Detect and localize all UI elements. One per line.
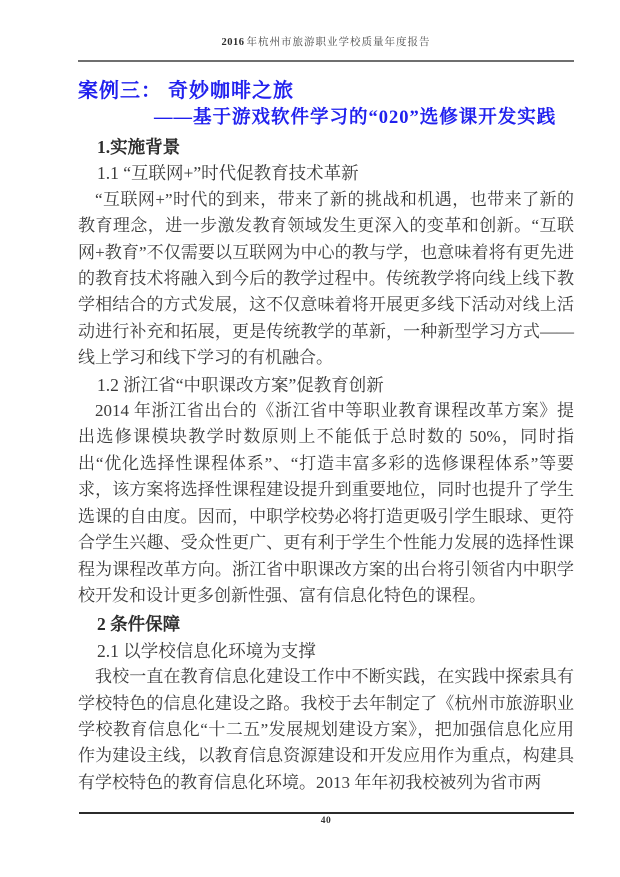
report-header-title: 年杭州市旅游职业学校质量年度报告 (247, 37, 431, 48)
report-header-year: 2016 (222, 37, 245, 48)
document-body: 案例三： 奇妙咖啡之旅 ——基于游戏软件学习的“020”选修课开发实践 1.实施… (78, 78, 574, 796)
section-heading-implementation-background: 1.实施背景 (78, 134, 574, 160)
subsection-heading-school-informatization: 2.1 以学校信息化环境为支撑 (78, 638, 574, 664)
subsection-heading-internet-plus-era: 1.1 “互联网+”时代促教育技术革新 (78, 160, 574, 186)
body-paragraph-curriculum-reform: 2014 年浙江省出台的《浙江省中等职业教育课程改革方案》提出选修课模块教学时数… (78, 398, 574, 609)
subsection-heading-zhejiang-curriculum-reform: 1.2 浙江省“中职课改方案”促教育创新 (78, 372, 574, 398)
body-paragraph-informatization: 我校一直在教育信息化建设工作中不断实践，在实践中探索具有学校特色的信息化建设之路… (78, 664, 574, 796)
header-rule (78, 60, 574, 62)
section-heading-condition-guarantee: 2 条件保障 (78, 611, 574, 637)
body-paragraph-internet-plus: “互联网+”时代的到来，带来了新的挑战和机遇，也带来了新的教育理念，进一步激发教… (78, 187, 574, 372)
case-title: 案例三： 奇妙咖啡之旅 (78, 78, 574, 105)
report-header: 2016年杭州市旅游职业学校质量年度报告 (78, 34, 574, 49)
document-page: 2016年杭州市旅游职业学校质量年度报告 案例三： 奇妙咖啡之旅 ——基于游戏软… (0, 0, 620, 877)
page-number: 40 (78, 816, 574, 826)
case-subtitle: ——基于游戏软件学习的“020”选修课开发实践 (78, 105, 574, 132)
footer-rule (79, 812, 574, 814)
